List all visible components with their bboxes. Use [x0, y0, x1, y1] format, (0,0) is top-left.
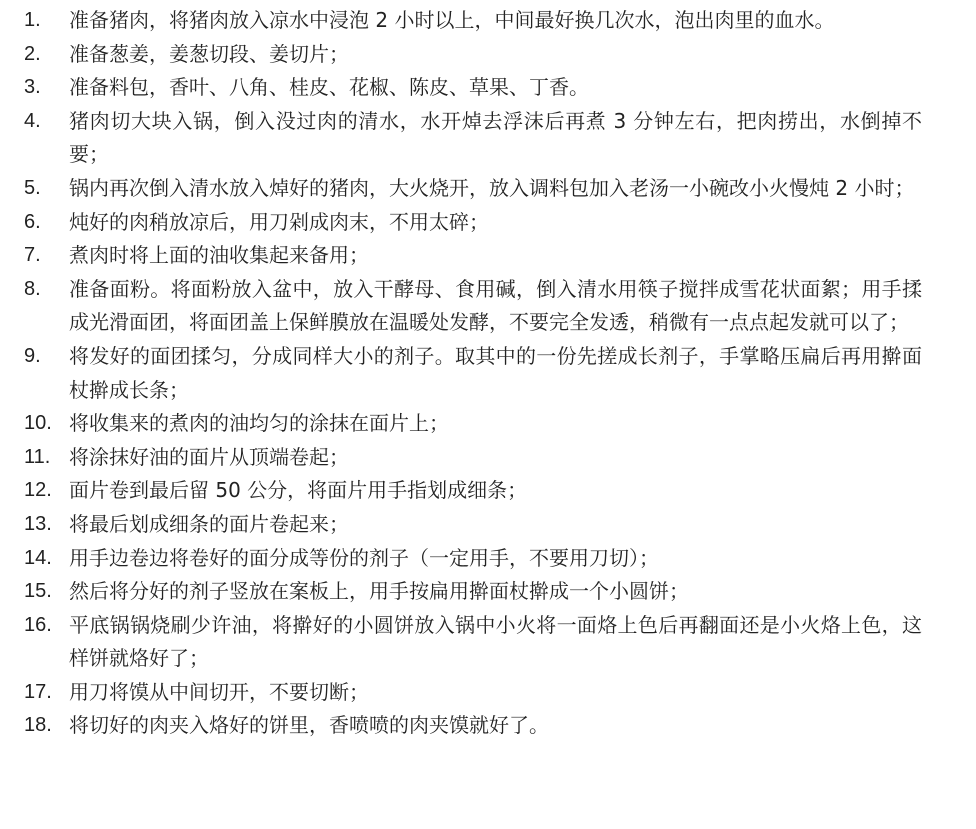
step-text: 平底锅锅烧刷少许油，将擀好的小圆饼放入锅中小火将一面烙上色后再翻面还是小火烙上色…: [69, 609, 922, 676]
step-number: 7.: [24, 239, 68, 273]
step-number: 14.: [24, 542, 68, 576]
list-item: 7.煮肉时将上面的油收集起来备用；: [0, 239, 922, 273]
step-number: 17.: [24, 676, 68, 710]
list-item: 14.用手边卷边将卷好的面分成等份的剂子（一定用手，不要用刀切）；: [0, 542, 922, 576]
list-item: 11.将涂抹好油的面片从顶端卷起；: [0, 441, 922, 475]
step-number: 9.: [24, 340, 68, 374]
step-number: 2.: [24, 38, 68, 72]
step-text: 将涂抹好油的面片从顶端卷起；: [69, 441, 922, 475]
step-text: 用手边卷边将卷好的面分成等份的剂子（一定用手，不要用刀切）；: [69, 542, 922, 576]
step-number: 12.: [24, 474, 68, 508]
list-item: 9.将发好的面团揉匀，分成同样大小的剂子。取其中的一份先搓成长剂子，手掌略压扁后…: [0, 340, 922, 407]
list-item: 2.准备葱姜，姜葱切段、姜切片；: [0, 38, 922, 72]
step-number: 6.: [24, 206, 68, 240]
step-text: 煮肉时将上面的油收集起来备用；: [69, 239, 922, 273]
list-item: 10.将收集来的煮肉的油均匀的涂抹在面片上；: [0, 407, 922, 441]
list-item: 6.炖好的肉稍放凉后，用刀剁成肉末，不用太碎；: [0, 206, 922, 240]
step-text: 然后将分好的剂子竖放在案板上，用手按扁用擀面杖擀成一个小圆饼；: [69, 575, 922, 609]
step-text: 准备面粉。将面粉放入盆中，放入干酵母、食用碱，倒入清水用筷子搅拌成雪花状面絮；用…: [69, 273, 922, 340]
step-text: 锅内再次倒入清水放入焯好的猪肉，大火烧开，放入调料包加入老汤一小碗改小火慢炖 2…: [69, 172, 922, 206]
step-number: 8.: [24, 273, 68, 307]
step-number: 3.: [24, 71, 68, 105]
list-item: 8.准备面粉。将面粉放入盆中，放入干酵母、食用碱，倒入清水用筷子搅拌成雪花状面絮…: [0, 273, 922, 340]
list-item: 1.准备猪肉，将猪肉放入凉水中浸泡 2 小时以上，中间最好换几次水，泡出肉里的血…: [0, 4, 922, 38]
step-text: 准备猪肉，将猪肉放入凉水中浸泡 2 小时以上，中间最好换几次水，泡出肉里的血水。: [69, 4, 922, 38]
step-text: 面片卷到最后留 50 公分，将面片用手指划成细条；: [69, 474, 922, 508]
recipe-steps-list: 1.准备猪肉，将猪肉放入凉水中浸泡 2 小时以上，中间最好换几次水，泡出肉里的血…: [0, 4, 976, 743]
list-item: 18.将切好的肉夹入烙好的饼里，香喷喷的肉夹馍就好了。: [0, 709, 922, 743]
list-item: 12.面片卷到最后留 50 公分，将面片用手指划成细条；: [0, 474, 922, 508]
step-text: 将最后划成细条的面片卷起来；: [69, 508, 922, 542]
list-item: 5.锅内再次倒入清水放入焯好的猪肉，大火烧开，放入调料包加入老汤一小碗改小火慢炖…: [0, 172, 922, 206]
step-number: 1.: [24, 4, 68, 38]
list-item: 13.将最后划成细条的面片卷起来；: [0, 508, 922, 542]
list-item: 4.猪肉切大块入锅，倒入没过肉的清水，水开焯去浮沫后再煮 3 分钟左右，把肉捞出…: [0, 105, 922, 172]
step-number: 18.: [24, 709, 68, 743]
step-text: 准备葱姜，姜葱切段、姜切片；: [69, 38, 922, 72]
step-text: 炖好的肉稍放凉后，用刀剁成肉末，不用太碎；: [69, 206, 922, 240]
step-number: 15.: [24, 575, 68, 609]
step-text: 猪肉切大块入锅，倒入没过肉的清水，水开焯去浮沫后再煮 3 分钟左右，把肉捞出，水…: [69, 105, 922, 172]
list-item: 16.平底锅锅烧刷少许油，将擀好的小圆饼放入锅中小火将一面烙上色后再翻面还是小火…: [0, 609, 922, 676]
step-number: 10.: [24, 407, 68, 441]
step-number: 16.: [24, 609, 68, 643]
recipe-document: 1.准备猪肉，将猪肉放入凉水中浸泡 2 小时以上，中间最好换几次水，泡出肉里的血…: [0, 0, 976, 743]
list-item: 17.用刀将馍从中间切开，不要切断；: [0, 676, 922, 710]
list-item: 15.然后将分好的剂子竖放在案板上，用手按扁用擀面杖擀成一个小圆饼；: [0, 575, 922, 609]
step-number: 13.: [24, 508, 68, 542]
step-text: 用刀将馍从中间切开，不要切断；: [69, 676, 922, 710]
step-text: 将发好的面团揉匀，分成同样大小的剂子。取其中的一份先搓成长剂子，手掌略压扁后再用…: [69, 340, 922, 407]
step-text: 将切好的肉夹入烙好的饼里，香喷喷的肉夹馍就好了。: [69, 709, 922, 743]
list-item: 3.准备料包，香叶、八角、桂皮、花椒、陈皮、草果、丁香。: [0, 71, 922, 105]
step-number: 4.: [24, 105, 68, 139]
step-number: 11.: [24, 441, 68, 475]
step-text: 将收集来的煮肉的油均匀的涂抹在面片上；: [69, 407, 922, 441]
step-text: 准备料包，香叶、八角、桂皮、花椒、陈皮、草果、丁香。: [69, 71, 922, 105]
step-number: 5.: [24, 172, 68, 206]
